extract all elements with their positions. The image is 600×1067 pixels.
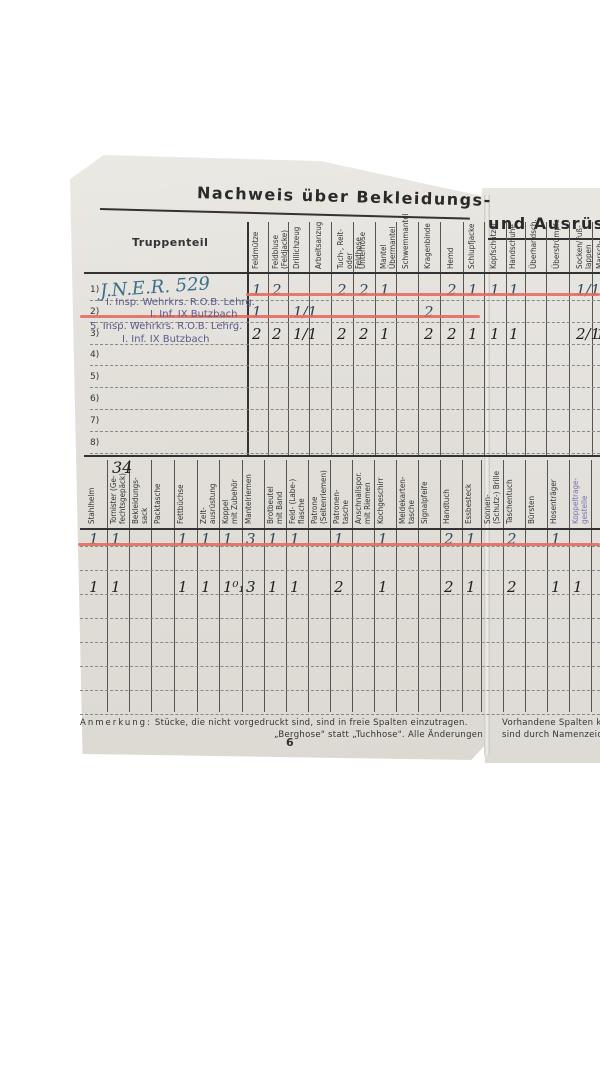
cell-value: 1: [551, 578, 561, 596]
cell-value: 1: [178, 578, 188, 596]
row-rule: [80, 570, 600, 571]
column-header: Koppel mit Zubehör: [221, 464, 239, 524]
cell-value: 2: [444, 578, 454, 596]
column-header: Hosenträger: [549, 464, 558, 524]
column-header: Marsch- stiefel: [595, 225, 600, 269]
column-divider: [330, 460, 331, 712]
red-strikethrough: [80, 315, 480, 318]
column-header: Bürsten: [527, 464, 536, 524]
cell-value: 1: [380, 281, 390, 299]
row-number: 5): [90, 372, 99, 382]
footnote-line-1: Anmerkung: Stücke, die nicht vorgedruckt…: [80, 718, 468, 728]
cell-value: 2: [447, 325, 457, 343]
upper-table-bottom-rule: [84, 455, 600, 457]
column-divider: [525, 460, 526, 712]
column-divider: [591, 460, 592, 712]
column-divider: [107, 460, 108, 712]
row-number: 7): [90, 416, 99, 426]
cell-value: 2: [334, 578, 344, 596]
column-header: Patronen- tasche: [332, 464, 350, 524]
cell-value: 2: [424, 303, 434, 321]
truppenteil-header: Truppenteil: [132, 236, 208, 249]
column-header: Mantel Übermantel: [379, 225, 397, 269]
cell-value: 1: [466, 578, 476, 596]
column-divider: [440, 222, 441, 455]
column-divider: [547, 460, 548, 712]
column-header: Handtuch: [442, 464, 451, 524]
row-rule: [80, 618, 600, 619]
cell-value: 2: [337, 325, 347, 343]
cell-value: 1: [468, 325, 478, 343]
column-header: Feldbluse (Feldjacke): [271, 225, 289, 269]
cell-value: 2: [272, 281, 282, 299]
row-rule: [80, 666, 600, 667]
column-header: Taschentuch: [505, 464, 514, 524]
footnote-text-1: Stücke, die nicht vorgedruckt sind, sind…: [155, 718, 468, 728]
cell-value: 2: [272, 325, 282, 343]
column-header: Arbeitsanzug: [314, 225, 323, 269]
column-header: Zelt- ausrüstung: [199, 464, 217, 524]
cell-value: 1: [290, 578, 300, 596]
column-header: Bekleidungs- sack: [131, 464, 149, 524]
column-header: Drillichzeug: [292, 225, 301, 269]
column-header: Feldmütze: [251, 225, 260, 269]
row-number: 8): [90, 438, 99, 448]
cell-value: 1: [596, 325, 600, 343]
column-divider: [462, 460, 463, 712]
column-header: Kragenbinde: [423, 225, 432, 269]
cell-value: 2: [359, 281, 369, 299]
column-divider: [569, 222, 570, 455]
stamp-line-2: I. Inf. IX Butzbach: [150, 309, 237, 320]
cell-value: 1: [268, 578, 278, 596]
stamp-line-4: I. Inf. IX Butzbach: [122, 334, 209, 345]
cell-value: 1: [573, 578, 583, 596]
column-header: Packtasche: [153, 464, 162, 524]
red-strikethrough: [78, 543, 600, 546]
cell-value: 2: [424, 325, 434, 343]
column-header: Stahlhelm: [87, 464, 96, 524]
column-divider: [264, 460, 265, 712]
column-divider: [546, 222, 547, 455]
column-header: Socken/Fuß- lappen: [575, 225, 593, 269]
cell-value: 1: [89, 578, 99, 596]
column-divider: [525, 222, 526, 455]
cell-value: 1: [468, 281, 478, 299]
row-rule: [80, 690, 600, 691]
footnote-label: Anmerkung:: [80, 718, 152, 728]
column-divider: [268, 222, 269, 455]
column-header: Fettbüchse: [176, 464, 185, 524]
column-header: Koppeltrage- gestelle: [571, 464, 589, 524]
cell-value: 1: [201, 578, 211, 596]
cell-value: 2: [359, 325, 369, 343]
column-divider: [503, 460, 504, 712]
column-header: Feld- (Labe-) flasche: [288, 464, 306, 524]
row-rule: [90, 431, 600, 432]
cell-value: 2: [337, 281, 347, 299]
column-header: Schwemmantel: [401, 225, 410, 269]
footnote-line-2: „Berghose" statt „Tuchhose". Alle Änderu…: [274, 730, 483, 740]
cell-value: 1: [380, 325, 390, 343]
column-divider: [286, 460, 287, 712]
column-header: Handschuhe: [508, 225, 517, 269]
row-rule: [90, 387, 600, 388]
cell-value: 1: [490, 325, 500, 343]
footnote-right-2: sind durch Namenzeiche: [502, 730, 600, 740]
column-divider: [484, 222, 485, 455]
row-rule: [90, 453, 600, 454]
column-divider: [506, 222, 507, 455]
row-rule: [80, 714, 600, 715]
column-header: Überhandsch.: [529, 225, 538, 269]
column-divider: [174, 460, 175, 712]
column-divider: [440, 460, 441, 712]
handwritten-note-34: 34: [112, 458, 132, 477]
column-divider: [219, 460, 220, 712]
column-divider: [463, 222, 464, 455]
open-soldbuch: Nachweis über Bekleidungs- und Ausrüst T…: [0, 0, 600, 1067]
column-divider: [375, 222, 376, 455]
column-header: Hemd: [446, 225, 455, 269]
row-rule: [80, 642, 600, 643]
column-divider: [569, 460, 570, 712]
cell-value: 1/1: [293, 325, 317, 343]
column-header: Patrone (Seitenriemen): [310, 464, 328, 524]
column-divider: [418, 460, 419, 712]
cell-value: 1/1: [293, 303, 317, 321]
cell-value: 3: [246, 578, 256, 596]
row-rule: [90, 409, 600, 410]
column-divider: [331, 222, 332, 455]
column-header: Überstrümpfe: [552, 225, 561, 269]
column-header: Anschnallspor. mit Riemen: [354, 464, 372, 524]
cell-value: 1/1: [576, 281, 600, 299]
footnote-right-1: Vorhandene Spalten kö: [502, 718, 600, 728]
column-header: Brotbeutel mit Band: [266, 464, 284, 524]
cell-value: 1: [490, 281, 500, 299]
column-divider: [396, 460, 397, 712]
cell-value: 1⁰₁: [223, 578, 245, 596]
column-header: Signalpfeife: [420, 464, 429, 524]
row-number: 4): [90, 350, 99, 360]
cell-value: 1: [111, 578, 121, 596]
stamp-line-1: I. Insp. Wehrkrs. R.O.B. Lehrg.: [106, 297, 255, 308]
column-divider: [481, 460, 482, 712]
row-rule: [90, 365, 600, 366]
column-divider: [374, 460, 375, 712]
cell-value: 2: [252, 325, 262, 343]
column-divider: [352, 460, 353, 712]
column-header: Sonnen- (Schutz-) Brille: [483, 464, 501, 524]
stamp-line-3: 5. Insp. Wehrkrs. R.O.B. Lehrg.: [90, 321, 242, 332]
cell-value: 1: [378, 578, 388, 596]
column-divider: [418, 222, 419, 455]
column-header: Mantelriemen: [244, 464, 253, 524]
column-header: Schlupfjacke: [467, 225, 476, 269]
column-header: Essbesteck: [464, 464, 473, 524]
column-divider: [308, 460, 309, 712]
header-bottom-rule: [84, 272, 600, 274]
column-header: Kopfschützer: [489, 225, 498, 269]
truppenteil-divider: [247, 222, 249, 455]
cell-value: 2: [447, 281, 457, 299]
row-number: 6): [90, 394, 99, 404]
row-number: 1): [90, 285, 99, 295]
cell-value: 1: [509, 281, 519, 299]
column-divider: [197, 460, 198, 712]
column-header: Meldekarten- tasche: [398, 464, 416, 524]
column-header: Kochgeschirr: [376, 464, 385, 524]
column-divider: [151, 460, 152, 712]
cell-value: 1: [509, 325, 519, 343]
column-header: Unterhose: [358, 225, 367, 269]
red-strikethrough: [246, 293, 600, 296]
column-divider: [129, 460, 130, 712]
page-number: 6: [286, 736, 294, 749]
cell-value: 2: [507, 578, 517, 596]
